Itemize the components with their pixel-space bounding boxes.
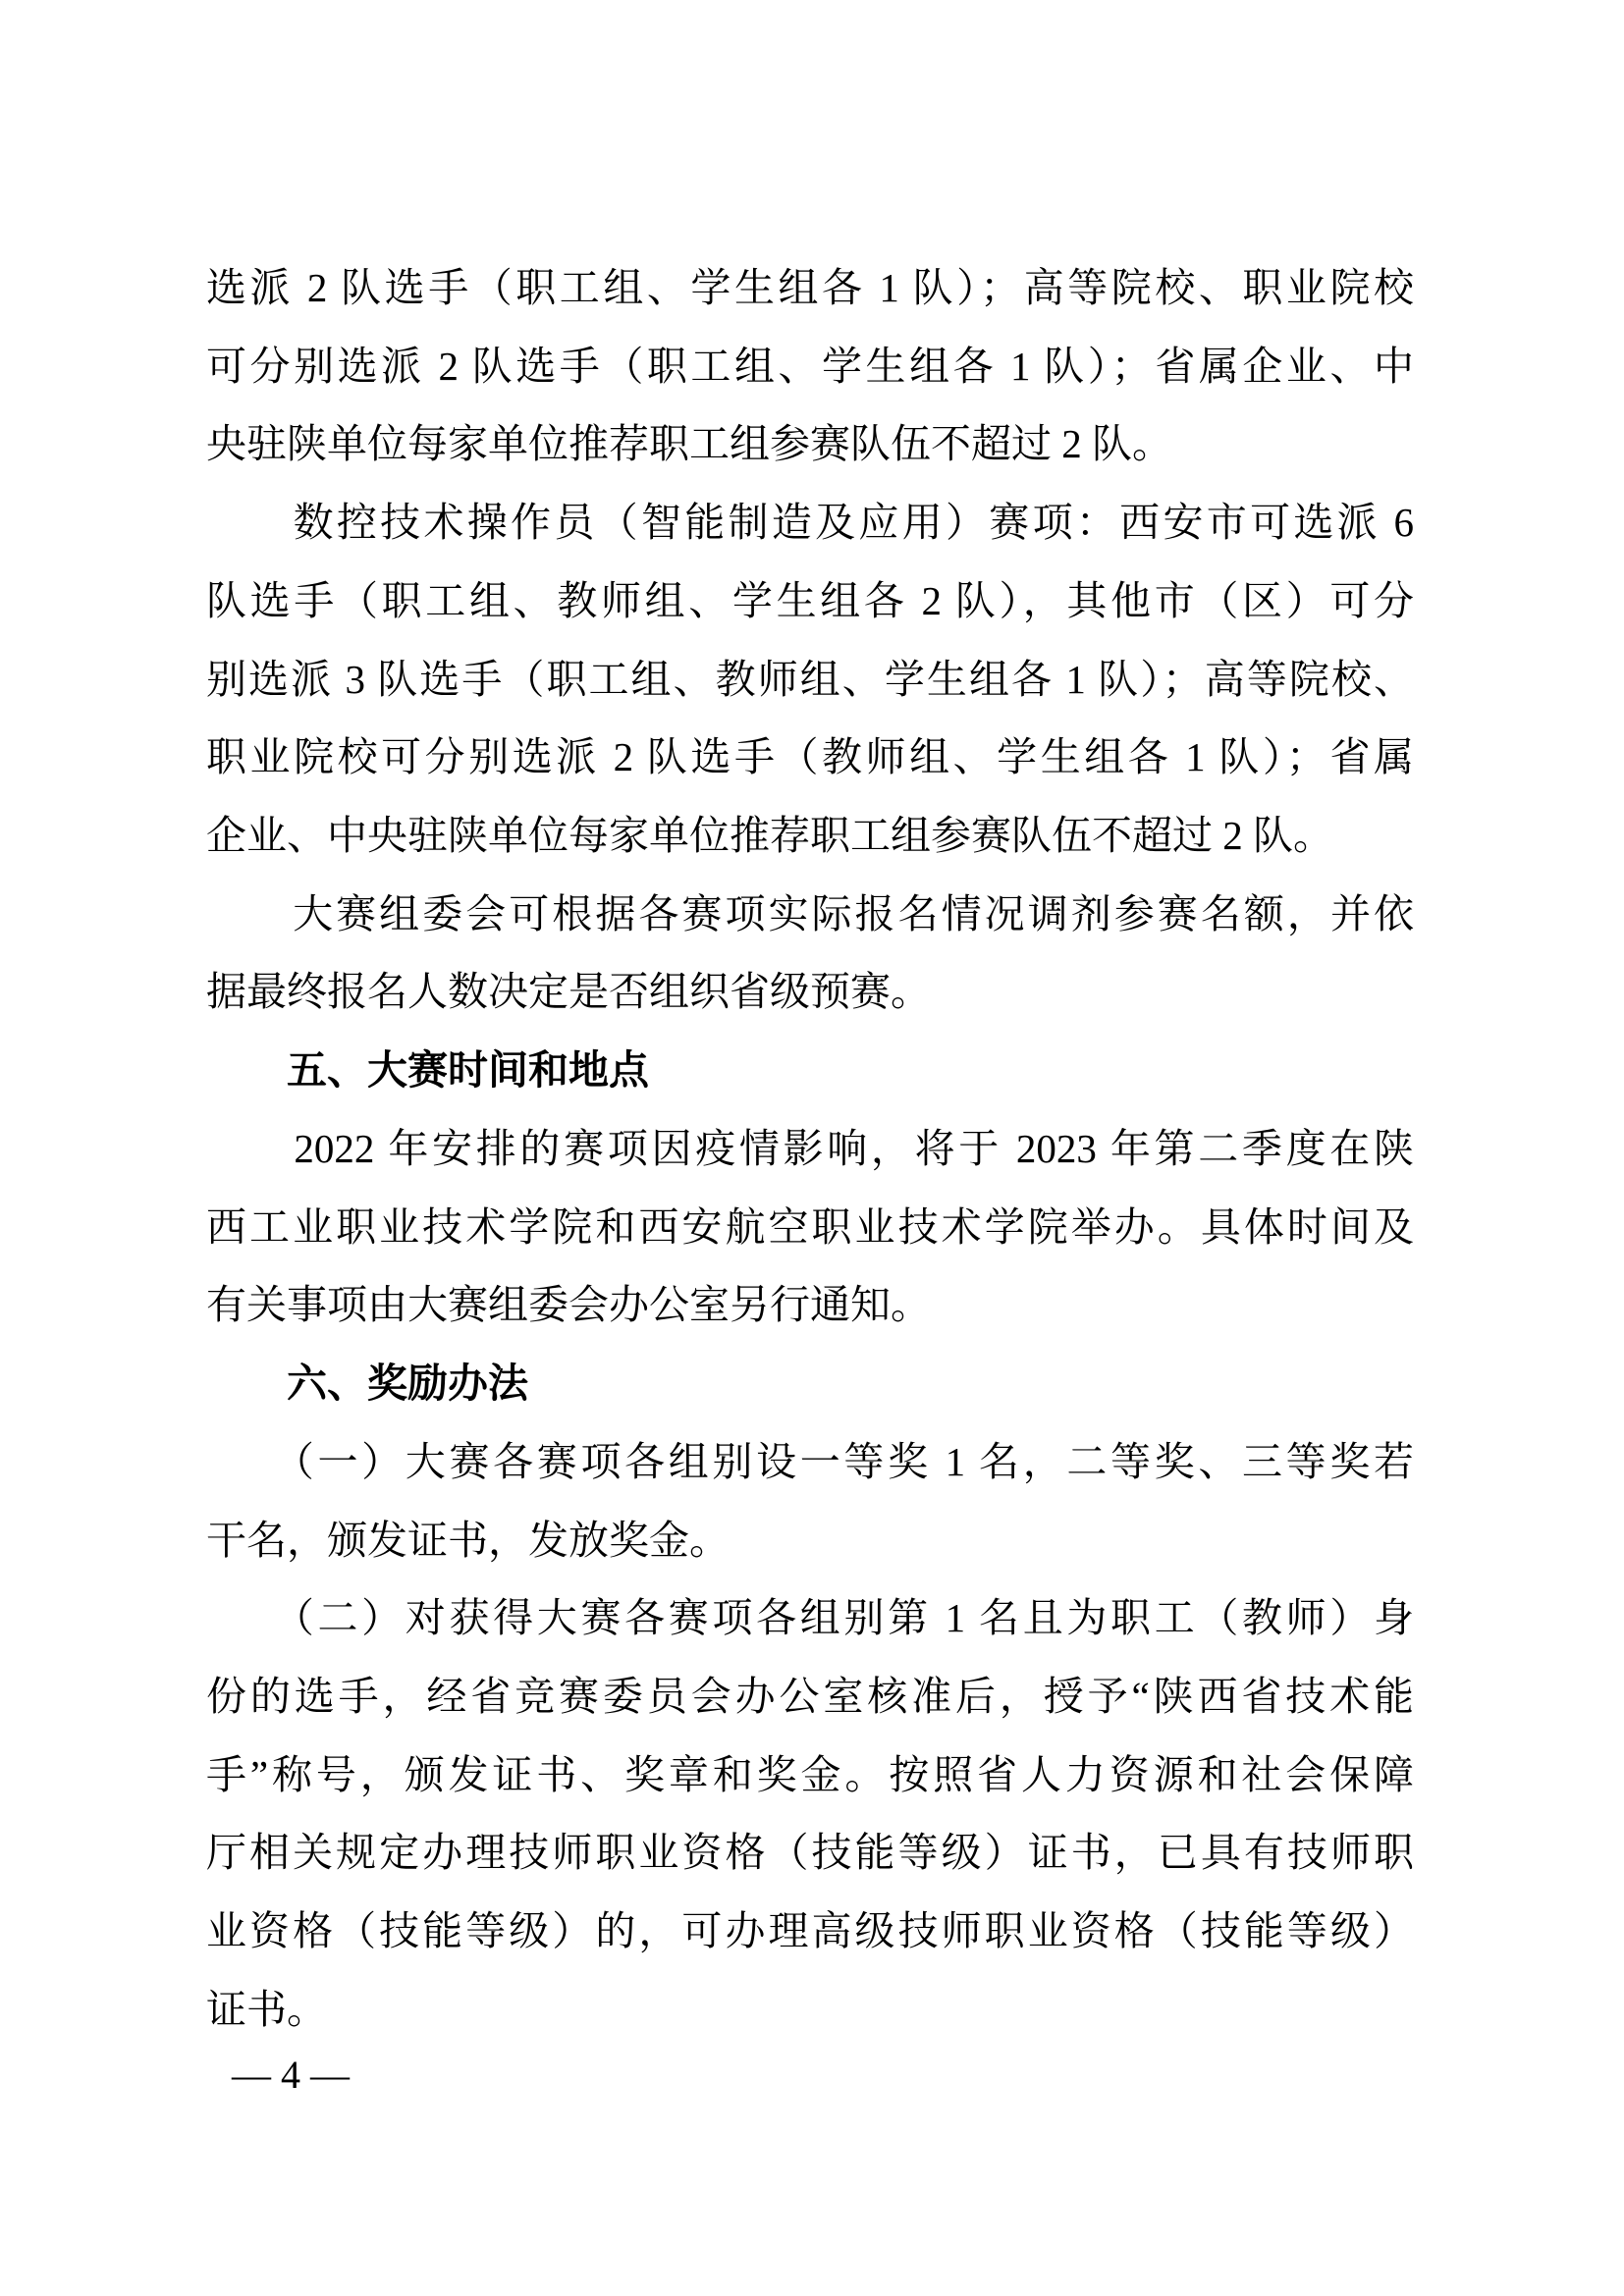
document-body: 选派 2 队选手（职工组、学生组各 1 队）；高等院校、职业院校 可分别选派 2… — [206, 263, 1414, 2063]
text-line: 干名，颁发证书，发放奖金。 — [206, 1516, 1414, 1594]
text-line: 业资格（技能等级）的，可办理高级技师职业资格（技能等级） — [206, 1906, 1414, 1985]
text-line: 手”称号，颁发证书、奖章和奖金。按照省人力资源和社会保障 — [206, 1750, 1414, 1829]
text-line: 证书。 — [206, 1985, 1414, 2063]
text-line: 西工业职业技术学院和西安航空职业技术学院举办。具体时间及 — [206, 1202, 1414, 1281]
text-line: 队选手（职工组、教师组、学生组各 2 队），其他市（区）可分 — [206, 576, 1414, 655]
section-heading: 五、大赛时间和地点 — [206, 1045, 1414, 1124]
text-line: 职业院校可分别选派 2 队选手（教师组、学生组各 1 队）；省属 — [206, 732, 1414, 811]
text-line: 据最终报名人数决定是否组织省级预赛。 — [206, 967, 1414, 1045]
text-line: 有关事项由大赛组委会办公室另行通知。 — [206, 1280, 1414, 1359]
text-line: 2022 年安排的赛项因疫情影响，将于 2023 年第二季度在陕 — [206, 1124, 1414, 1202]
text-line: （一）大赛各赛项各组别设一等奖 1 名，二等奖、三等奖若 — [206, 1437, 1414, 1516]
text-line: 央驻陕单位每家单位推荐职工组参赛队伍不超过 2 队。 — [206, 419, 1414, 498]
text-line: 大赛组委会可根据各赛项实际报名情况调剂参赛名额，并依 — [206, 889, 1414, 968]
text-line: 数控技术操作员（智能制造及应用）赛项：西安市可选派 6 — [206, 498, 1414, 576]
text-line: 可分别选派 2 队选手（职工组、学生组各 1 队）；省属企业、中 — [206, 342, 1414, 420]
page-number: — 4 — — [232, 2054, 350, 2097]
text-line: 份的选手，经省竞赛委员会办公室核准后，授予“陕西省技术能 — [206, 1672, 1414, 1750]
text-line: 别选派 3 队选手（职工组、教师组、学生组各 1 队）；高等院校、 — [206, 655, 1414, 733]
section-heading: 六、奖励办法 — [206, 1359, 1414, 1437]
document-page: 选派 2 队选手（职工组、学生组各 1 队）；高等院校、职业院校 可分别选派 2… — [0, 0, 1624, 2296]
text-line: 选派 2 队选手（职工组、学生组各 1 队）；高等院校、职业院校 — [206, 263, 1414, 342]
text-line: 企业、中央驻陕单位每家单位推荐职工组参赛队伍不超过 2 队。 — [206, 811, 1414, 889]
text-line: （二）对获得大赛各赛项各组别第 1 名且为职工（教师）身 — [206, 1593, 1414, 1672]
text-line: 厅相关规定办理技师职业资格（技能等级）证书，已具有技师职 — [206, 1828, 1414, 1906]
